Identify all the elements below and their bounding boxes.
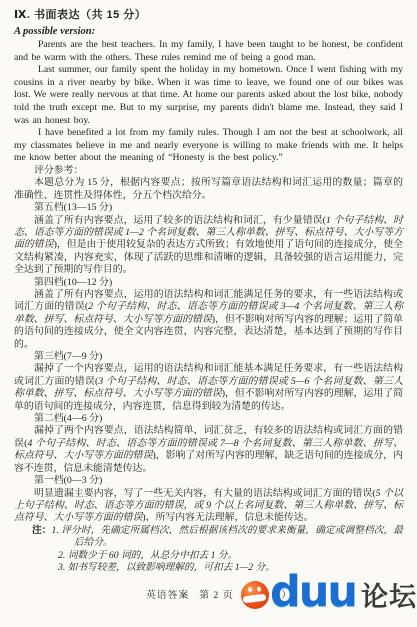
possible-version-label: A possible version: [14, 25, 403, 38]
footer-page-number: 第 2 页 [199, 590, 233, 601]
band1-title: 第一档(0—3 分) [14, 475, 403, 487]
note-item-1-text: 1. 评分时，先确定所属档次，然后根据该档次的要求来衡量，确定或调整档次，最后给… [52, 525, 403, 548]
band1-description: 明显遗漏主要内容，写了一些无关内容，有大量的语法结构或词汇方面的错误(5 个以上… [14, 488, 403, 525]
note-item-1: 注：1. 评分时，先确定所属档次，然后根据该档次的要求来衡量，确定或调整档次，最… [14, 525, 403, 550]
scoring-intro: 本题总分为 15 分，根据内容要点；按所写篇章语法结构和词汇运用的数量；篇章的准… [14, 177, 403, 202]
section-title: Ⅸ. 书面表达（共 15 分） [14, 8, 403, 23]
band1-post: )，所写内容无法理解，信息未能传达。 [142, 512, 313, 523]
essay-paragraph-3: I have benefited a lot from my family ru… [14, 127, 403, 165]
note-item-2: 2. 词数少于 60 词的，从总分中扣去 1 分。 [14, 550, 403, 562]
eduu-smiley-e-icon [241, 581, 269, 609]
band2-title: 第二档(4—6 分) [14, 413, 403, 425]
band5-description: 涵盖了所有内容要点，运用了较多的语法结构和词汇，有少量错误(1 个句子结构、时态… [14, 215, 403, 277]
band5-post: )，但是由于使用较复杂的表达方式所致；有效地使用了语句间的连接成分，使全文结构紧… [14, 239, 403, 275]
band3-description: 漏掉了一个内容要点，运用的语法结构和词汇能基本满足任务要求，有一些语法结构或词汇… [14, 363, 403, 413]
band3-title: 第三档(7—9 分) [14, 351, 403, 363]
band4-description: 涵盖了所有内容要点，运用的语法结构和词汇能满足任务的要求，有一些语法结构或词汇方… [14, 289, 403, 351]
scanned-answer-page: Ⅸ. 书面表达（共 15 分） A possible version: Pare… [0, 0, 417, 627]
notes-label: 注： [32, 525, 52, 536]
essay-paragraph-1: Parents are the best teachers. In my fam… [14, 39, 403, 64]
eduu-logo-duu: duu [270, 567, 356, 617]
band2-description: 漏掉了两个内容要点，语法结构简单，词汇贫乏，有较多的语法结构或词汇方面的错误(4… [14, 425, 403, 475]
eduu-forum-logo: duu论坛 [241, 573, 417, 620]
essay-paragraph-2: Last summer, our family spent the holida… [14, 64, 403, 127]
band5-pre: 涵盖了所有内容要点，运用了较多的语法结构和词汇，有少量错误( [34, 215, 326, 226]
footer-doc-title: 英语答案 [146, 590, 189, 601]
eduu-logo-forum-label: 论坛 [361, 582, 417, 612]
band1-pre: 明显遗漏主要内容，写了一些无关内容，有大量的语法结构或词汇方面的错误( [34, 488, 376, 499]
band4-title: 第四档(10—12 分) [14, 277, 403, 289]
band5-title: 第五档(13—15 分) [14, 202, 403, 214]
scoring-reference-title: 评分参考： [14, 165, 403, 177]
